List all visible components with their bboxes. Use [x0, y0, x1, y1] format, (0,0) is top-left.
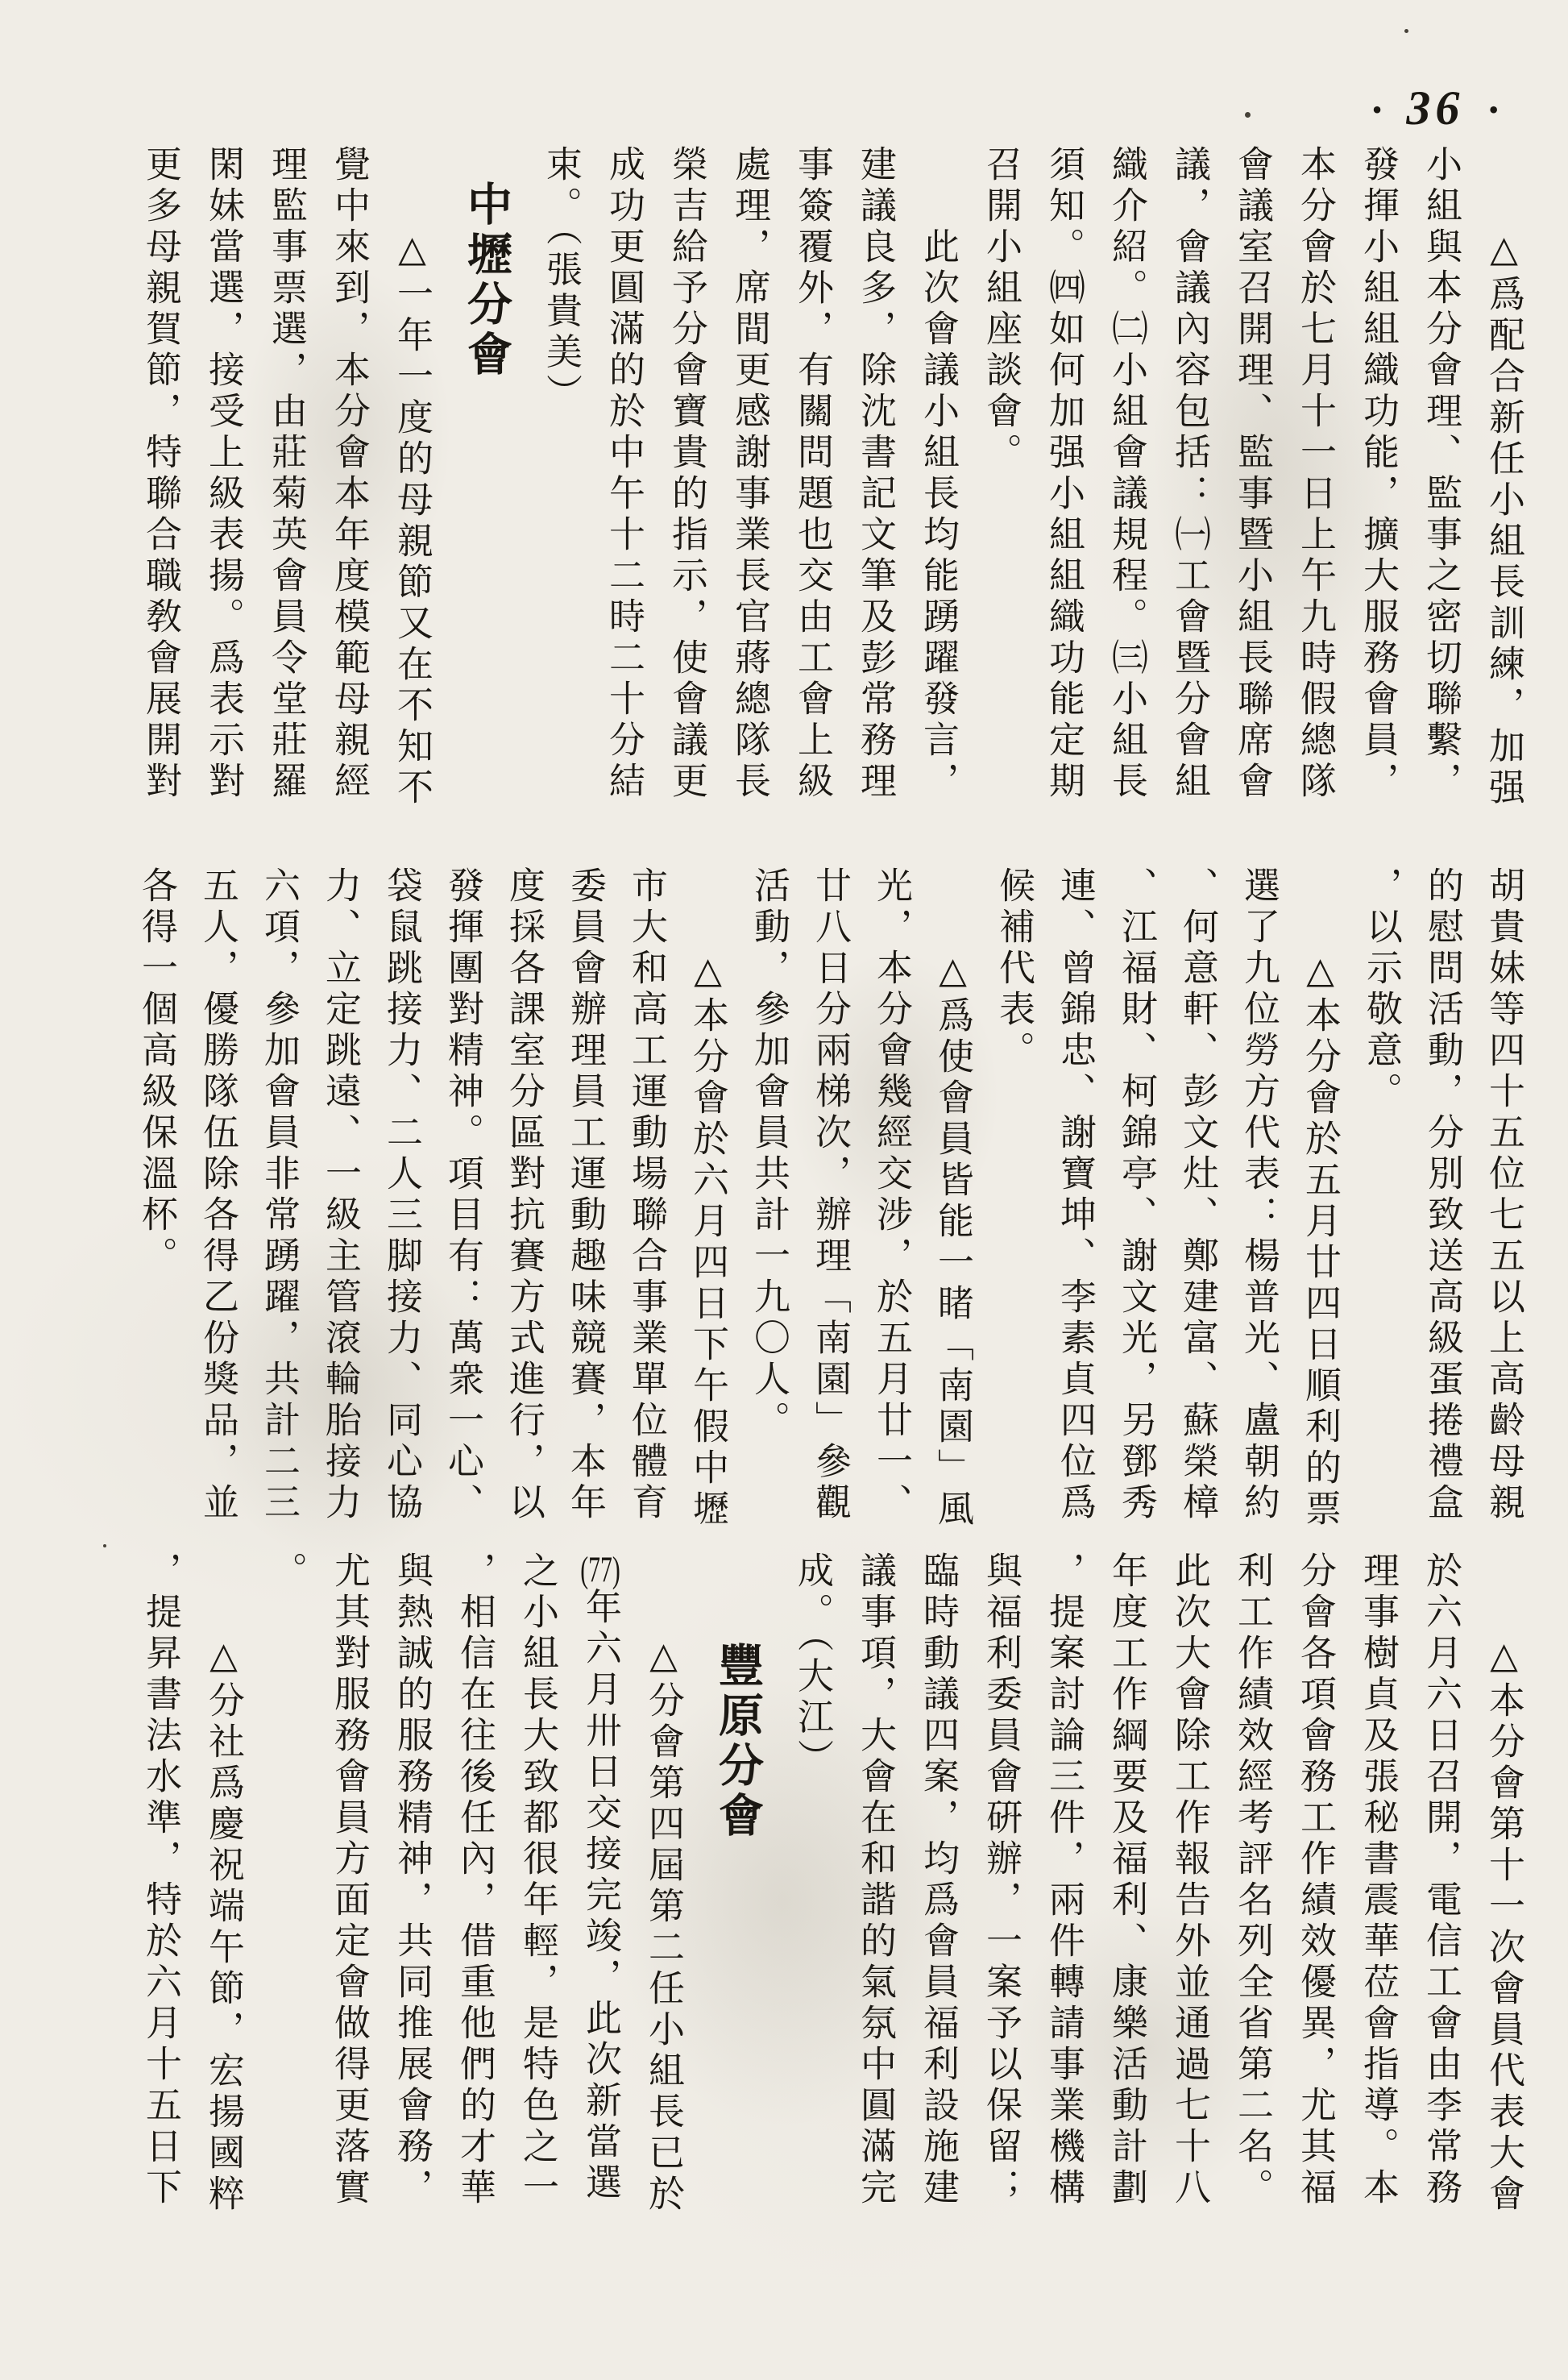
text-column: 閑妹當選，接受上級表揚。爲表示對 — [205, 145, 241, 822]
text-column: 委員會辦理員工運動趣味競賽，本年 — [566, 866, 603, 1543]
scan-speck — [1245, 112, 1251, 118]
scan-speck — [103, 1544, 106, 1547]
text-column: 會議室召開理、監事暨小組長聯席會 — [1234, 145, 1270, 822]
text-column: (77)年六月卅日交接完竣，此次新當選 — [582, 1551, 618, 2228]
text-column: 事簽覆外，有關問題也交由工會上級 — [794, 145, 830, 822]
text-column: 與熱誠的服務精神，共同推展會務， — [393, 1551, 429, 2228]
text-column: 、江福財、柯錦亭、謝文光，另鄧秀 — [1118, 866, 1154, 1543]
text-column: 發揮小組組織功能，擴大服務會員， — [1359, 145, 1396, 822]
text-column: 選了九位勞方代表：楊普光、盧朝約 — [1240, 866, 1276, 1543]
text-column: 市大和高工運動場聯合事業單位體育 — [628, 866, 664, 1543]
scanned-newsletter-page: { "page_number": "36", "page_number_dot"… — [0, 0, 1568, 2380]
text-column: △本分會於六月四日下午假中壢 — [689, 866, 725, 1543]
page-number: • 36 • — [1372, 84, 1499, 132]
year-77-horizontal-in-vertical: (77) — [580, 1551, 620, 1588]
text-column: △分社爲慶祝端午節，宏揚國粹 — [205, 1551, 241, 2228]
text-band-middle: 胡貴妹等四十五位七五以上高齡母親的慰問活動，分別致送高級蛋捲禮盒，以示敬意。△本… — [32, 866, 1521, 1543]
text-column: △分會第四屆第二任小組長已於 — [645, 1551, 681, 2228]
text-column: 連、曾錦忠、謝寶坤、李素貞四位爲 — [1056, 866, 1093, 1543]
text-column: △本分會於五月廿四日順利的票 — [1301, 866, 1338, 1543]
text-column: 覺中來到，本分會本年度模範母親經 — [330, 145, 367, 822]
text-band-top: △爲配合新任小組長訓練，加强小組與本分會理、監事之密切聯繫，發揮小組組織功能，擴… — [32, 145, 1521, 822]
text-column: 尤其對服務會員方面定會做得更落實 — [330, 1551, 367, 2228]
text-column: 之小組長大致都很年輕，是特色之一 — [519, 1551, 555, 2228]
text-column: 袋鼠跳接力、二人三脚接力、同心協 — [383, 866, 419, 1543]
section-heading: 中壢分會 — [461, 145, 511, 822]
text-column: 理事樹貞及張秘書震華莅會指導。本 — [1359, 1551, 1396, 2228]
text-column: 處理，席間更感謝事業長官蔣總隊長 — [731, 145, 767, 822]
text-column: 利工作績效經考評名列全省第二名。 — [1234, 1551, 1270, 2228]
text-column: 、何意軒、彭文灶、鄭建富、蘇榮樟 — [1179, 866, 1215, 1543]
text-column: 此次會議小組長均能踴躍發言， — [919, 145, 956, 822]
text-column: 活動，參加會員共計一九〇人。 — [750, 866, 786, 1543]
text-column: 議事項，大會在和諧的氣氛中圓滿完 — [857, 1551, 893, 2228]
text-column: ，以示敬意。 — [1363, 866, 1399, 1543]
text-column: 六項，參加會員非常踴躍，共計二三 — [260, 866, 297, 1543]
page-number-value: 36 — [1406, 84, 1464, 132]
text-column: ，提案討論三件，兩件轉請事業機構 — [1045, 1551, 1081, 2228]
text-column: 候補代表。 — [995, 866, 1031, 1543]
text-column: 年度工作綱要及福利、康樂活動計劃 — [1108, 1551, 1144, 2228]
text-column: 更多母親賀節，特聯合職敎會展開對 — [142, 145, 178, 822]
text-column: 召開小組座談會。 — [982, 145, 1018, 822]
text-column: 織介紹。㈡小組會議規程。㈢小組長 — [1108, 145, 1144, 822]
text-column: 須知。㈣如何加强小組組織功能定期 — [1045, 145, 1081, 822]
text-column: 理監事票選，由莊菊英會員令堂莊羅 — [268, 145, 304, 822]
section-heading: 豐原分會 — [712, 1551, 762, 2228]
text-column: 於六月六日召開，電信工會由李常務 — [1422, 1551, 1458, 2228]
text-column: △爲配合新任小組長訓練，加强 — [1485, 145, 1521, 822]
text-column: 成功更圓滿的於中午十二時二十分結 — [605, 145, 641, 822]
text-column: △一年一度的母親節又在不知不 — [393, 145, 429, 822]
text-column: 的慰問活動，分別致送高級蛋捲禮盒 — [1424, 866, 1460, 1543]
page-number-dot: • — [1372, 95, 1383, 124]
text-column: 此次大會除工作報告外並通過七十八 — [1171, 1551, 1207, 2228]
text-column: 束。（張貴美） — [542, 145, 579, 822]
text-column: 臨時動議四案，均爲會員福利設施建 — [919, 1551, 956, 2228]
text-column: 小組與本分會理、監事之密切聯繫， — [1422, 145, 1458, 822]
text-column: 榮吉給予分會寶貴的指示，使會議更 — [668, 145, 704, 822]
text-column: 五人，優勝隊伍除各得乙份獎品，並 — [199, 866, 235, 1543]
scan-speck — [1404, 29, 1408, 33]
text-column: 光，本分會幾經交涉，於五月廿一、 — [873, 866, 909, 1543]
text-column: ，相信在往後任內，借重他們的才華 — [456, 1551, 492, 2228]
text-column: 度採各課室分區對抗賽方式進行，以 — [505, 866, 541, 1543]
text-column: 分會各項會務工作績效優異，尤其福 — [1296, 1551, 1333, 2228]
text-column: △爲使會員皆能一睹「南園」風 — [934, 866, 970, 1543]
text-column: 胡貴妹等四十五位七五以上高齡母親 — [1485, 866, 1521, 1543]
text-column: 本分會於七月十一日上午九時假總隊 — [1296, 145, 1333, 822]
text-column: 成。（大江） — [794, 1551, 830, 2228]
text-column: 力、立定跳遠、一級主管滾輪胎接力 — [321, 866, 358, 1543]
text-band-bottom: △本分會第十一次會員代表大會於六月六日召開，電信工會由李常務理事樹貞及張秘書震華… — [32, 1551, 1521, 2228]
text-column: 廿八日分兩梯次，辦理「南園」參觀 — [811, 866, 848, 1543]
text-column: 。 — [268, 1551, 304, 2228]
page-number-dot: • — [1488, 95, 1499, 124]
text-column: 議，會議內容包括：㈠工會暨分會組 — [1171, 145, 1207, 822]
text-column: 建議良多，除沈書記文筆及彭常務理 — [857, 145, 893, 822]
text-column: 發揮團對精神。項目有：萬衆一心、 — [444, 866, 480, 1543]
text-column: 各得一個高級保溫杯。 — [138, 866, 174, 1543]
text-column: △本分會第十一次會員代表大會 — [1485, 1551, 1521, 2228]
text-column: 與福利委員會硏辦，一案予以保留； — [982, 1551, 1018, 2228]
text-column: ，提昇書法水準，特於六月十五日下 — [142, 1551, 178, 2228]
